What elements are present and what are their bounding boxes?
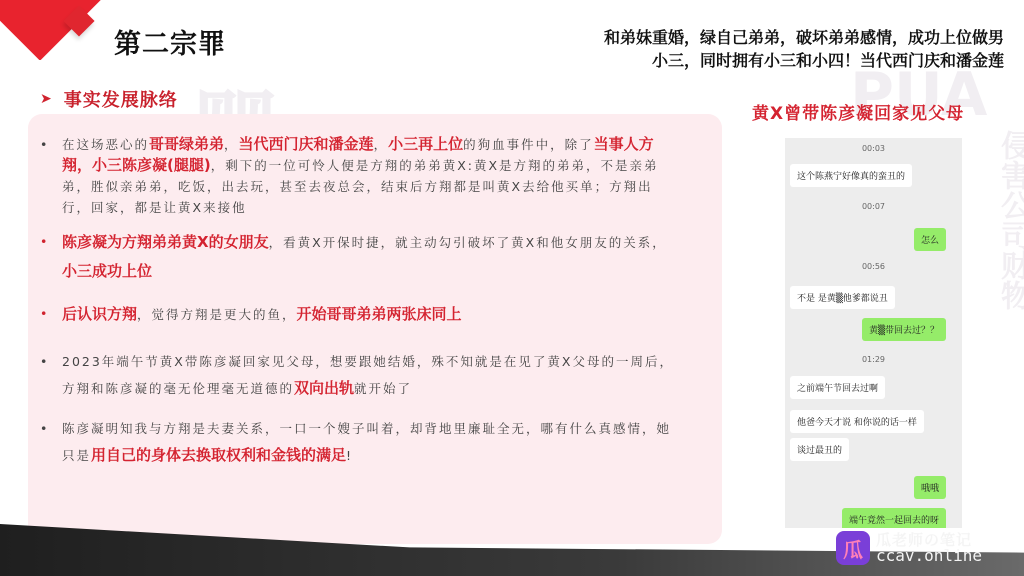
- chat-message-incoming: 这个陈燕宁好像真的蛮丑的: [790, 164, 912, 187]
- body-text: !: [346, 448, 353, 463]
- watermark-badge: 瓜 瓜老师の笔记 ccav.online: [836, 531, 982, 565]
- chat-timestamp: 01:29: [785, 355, 962, 364]
- chat-message-outgoing: 端午竟然一起回去的呀: [842, 508, 946, 528]
- chat-timestamp: 00:56: [785, 262, 962, 271]
- chat-message-incoming: 他爸今天才说 和你说的话一样: [790, 410, 924, 433]
- highlighted-text: 用自己的身体去换取权利和金钱的满足: [91, 446, 346, 464]
- bullet-item: 在这场恶心的哥哥绿弟弟，当代西门庆和潘金莲，小三再上位的狗血事件中，除了当事人方…: [38, 134, 680, 218]
- bullet-item: 2023年端午节黄X带陈彦凝回家见父母，想要跟她结婚，殊不知就是在见了黄X父母的…: [38, 349, 680, 402]
- bullet-item: 陈彦凝明知我与方翔是夫妻关系，一口一个嫂子叫着，却背地里廉耻全无，哪有什么真感情…: [38, 416, 680, 469]
- watermark-url: ccav.online: [876, 548, 982, 564]
- arrow-right-icon: ➤: [40, 91, 52, 107]
- highlighted-text: 开始哥哥弟弟两张床同上: [297, 305, 462, 323]
- chat-message-incoming: 谈过最丑的: [790, 438, 849, 461]
- chat-message-incoming: 之前端午节回去过啊: [790, 376, 885, 399]
- chat-screenshot: 00:03这个陈燕宁好像真的蛮丑的00:07怎么00:56不是 是黄▒他爹都说丑…: [785, 138, 962, 528]
- slide-headline: 和弟妹重婚，绿自己弟弟，破坏弟弟感情，成功上位做男 小三，同时拥有小三和小四！当…: [504, 26, 1004, 72]
- highlighted-text: 双向出轨: [294, 379, 354, 397]
- body-text: 就开始了: [354, 381, 412, 396]
- highlighted-text: 小三成功上位: [62, 262, 152, 280]
- section-heading-label: 事实发展脉络: [64, 86, 178, 112]
- chat-timestamp: 00:03: [785, 144, 962, 153]
- section-heading: ➤ 事实发展脉络: [40, 86, 178, 112]
- bullet-item: 陈彦凝为方翔弟弟黄X的女朋友，看黄X开保时捷，就主动勾引破坏了黄X和他女朋友的关…: [38, 228, 680, 286]
- chat-timestamp: 00:07: [785, 202, 962, 211]
- chat-message-incoming: 不是 是黄▒他爹都说丑: [790, 286, 895, 309]
- body-text: 在这场恶心的: [62, 137, 149, 152]
- headline-line-1: 和弟妹重婚，绿自己弟弟，破坏弟弟感情，成功上位做男: [504, 26, 1004, 49]
- body-text: ，看黄X开保时捷，就主动勾引破坏了黄X和他女朋友的关系，: [269, 235, 667, 250]
- body-text: ，觉得方翔是更大的鱼，: [137, 307, 297, 322]
- bullet-list: 在这场恶心的哥哥绿弟弟，当代西门庆和潘金莲，小三再上位的狗血事件中，除了当事人方…: [38, 134, 680, 469]
- highlighted-text: 小三再上位: [388, 135, 463, 153]
- chat-message-outgoing: 哦哦: [914, 476, 946, 499]
- corner-decoration: [0, 0, 110, 60]
- body-text: ，: [224, 137, 239, 152]
- highlighted-text: 后认识方翔: [62, 305, 137, 323]
- highlighted-text: 陈彦凝为方翔弟弟黄X的女朋友: [62, 233, 269, 251]
- slide-title: 第二宗罪: [114, 22, 226, 61]
- bullet-item: 后认识方翔，觉得方翔是更大的鱼，开始哥哥弟弟两张床同上: [38, 300, 680, 329]
- chat-caption: 黄X曾带陈彦凝回家见父母: [752, 99, 964, 124]
- headline-line-2: 小三，同时拥有小三和小四！当代西门庆和潘金莲: [504, 49, 1004, 72]
- highlighted-text: 哥哥绿弟弟: [149, 135, 224, 153]
- body-text: ，: [374, 137, 389, 152]
- chat-message-outgoing: 怎么: [914, 228, 946, 251]
- highlighted-text: 当代西门庆和潘金莲: [239, 135, 374, 153]
- body-text: 的狗血事件中，除了: [463, 137, 594, 152]
- chat-message-outgoing: 黄▒带回去过？？: [862, 318, 946, 341]
- watermark-logo-icon: 瓜: [836, 531, 870, 565]
